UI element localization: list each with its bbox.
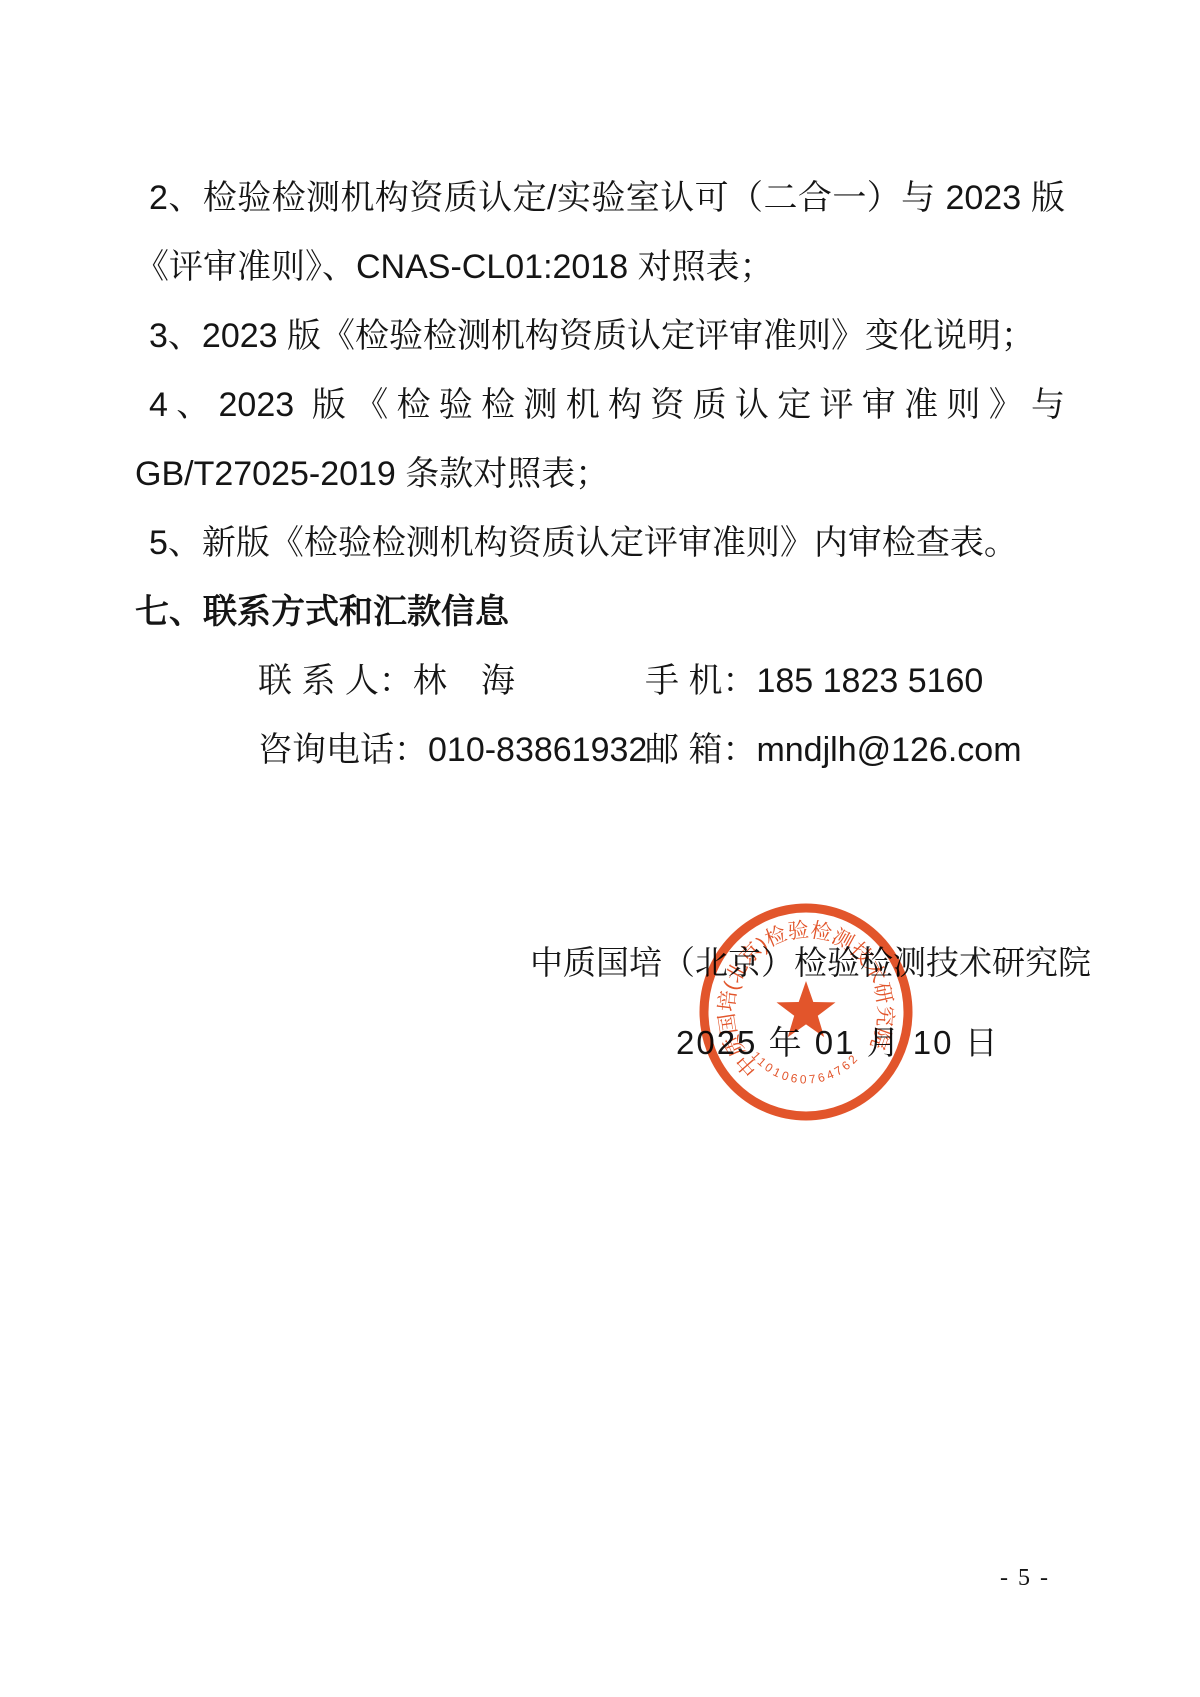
document-page: { "body": { "lines": [ { "text": "2、检验检测…: [0, 0, 1200, 1697]
contact-person: 联 系 人：林 海: [258, 647, 515, 716]
section-heading-contact: 七、联系方式和汇款信息: [135, 578, 1065, 647]
list-item-3: 3、2023 版《检验检测机构资质认定评审准则》变化说明；: [135, 302, 1065, 371]
body-text-block: 2、检验检测机构资质认定/实验室认可（二合一）与 2023 版 《评审准则》、C…: [135, 164, 1065, 785]
official-seal: 中质国培(北京)检验检测技术研究院 1101060764762: [694, 898, 918, 1126]
seal-star-icon: [777, 981, 836, 1037]
page-number: - 5 -: [1000, 1565, 1050, 1592]
list-item-4-line1: 4、2023 版《检验检测机构资质认定评审准则》与: [135, 371, 1065, 440]
list-item-4-line2: GB/T27025-2019 条款对照表；: [135, 440, 1065, 509]
contact-row-2: 咨询电话：010-83861932 邮 箱：mndjlh@126.com: [135, 716, 1065, 785]
seal-serial-number: 1101060764762: [749, 1049, 863, 1087]
contact-email: 邮 箱：mndjlh@126.com: [645, 716, 1022, 785]
list-item-5: 5、新版《检验检测机构资质认定评审准则》内审检查表。: [135, 509, 1065, 578]
list-item-2-line2: 《评审准则》、CNAS-CL01:2018 对照表；: [135, 233, 1065, 302]
contact-row-1: 联 系 人：林 海 手 机：185 1823 5160: [135, 647, 1065, 716]
list-item-2-line1: 2、检验检测机构资质认定/实验室认可（二合一）与 2023 版: [135, 164, 1065, 233]
contact-phone: 咨询电话：010-83861932: [258, 716, 647, 785]
contact-mobile: 手 机：185 1823 5160: [645, 647, 983, 716]
